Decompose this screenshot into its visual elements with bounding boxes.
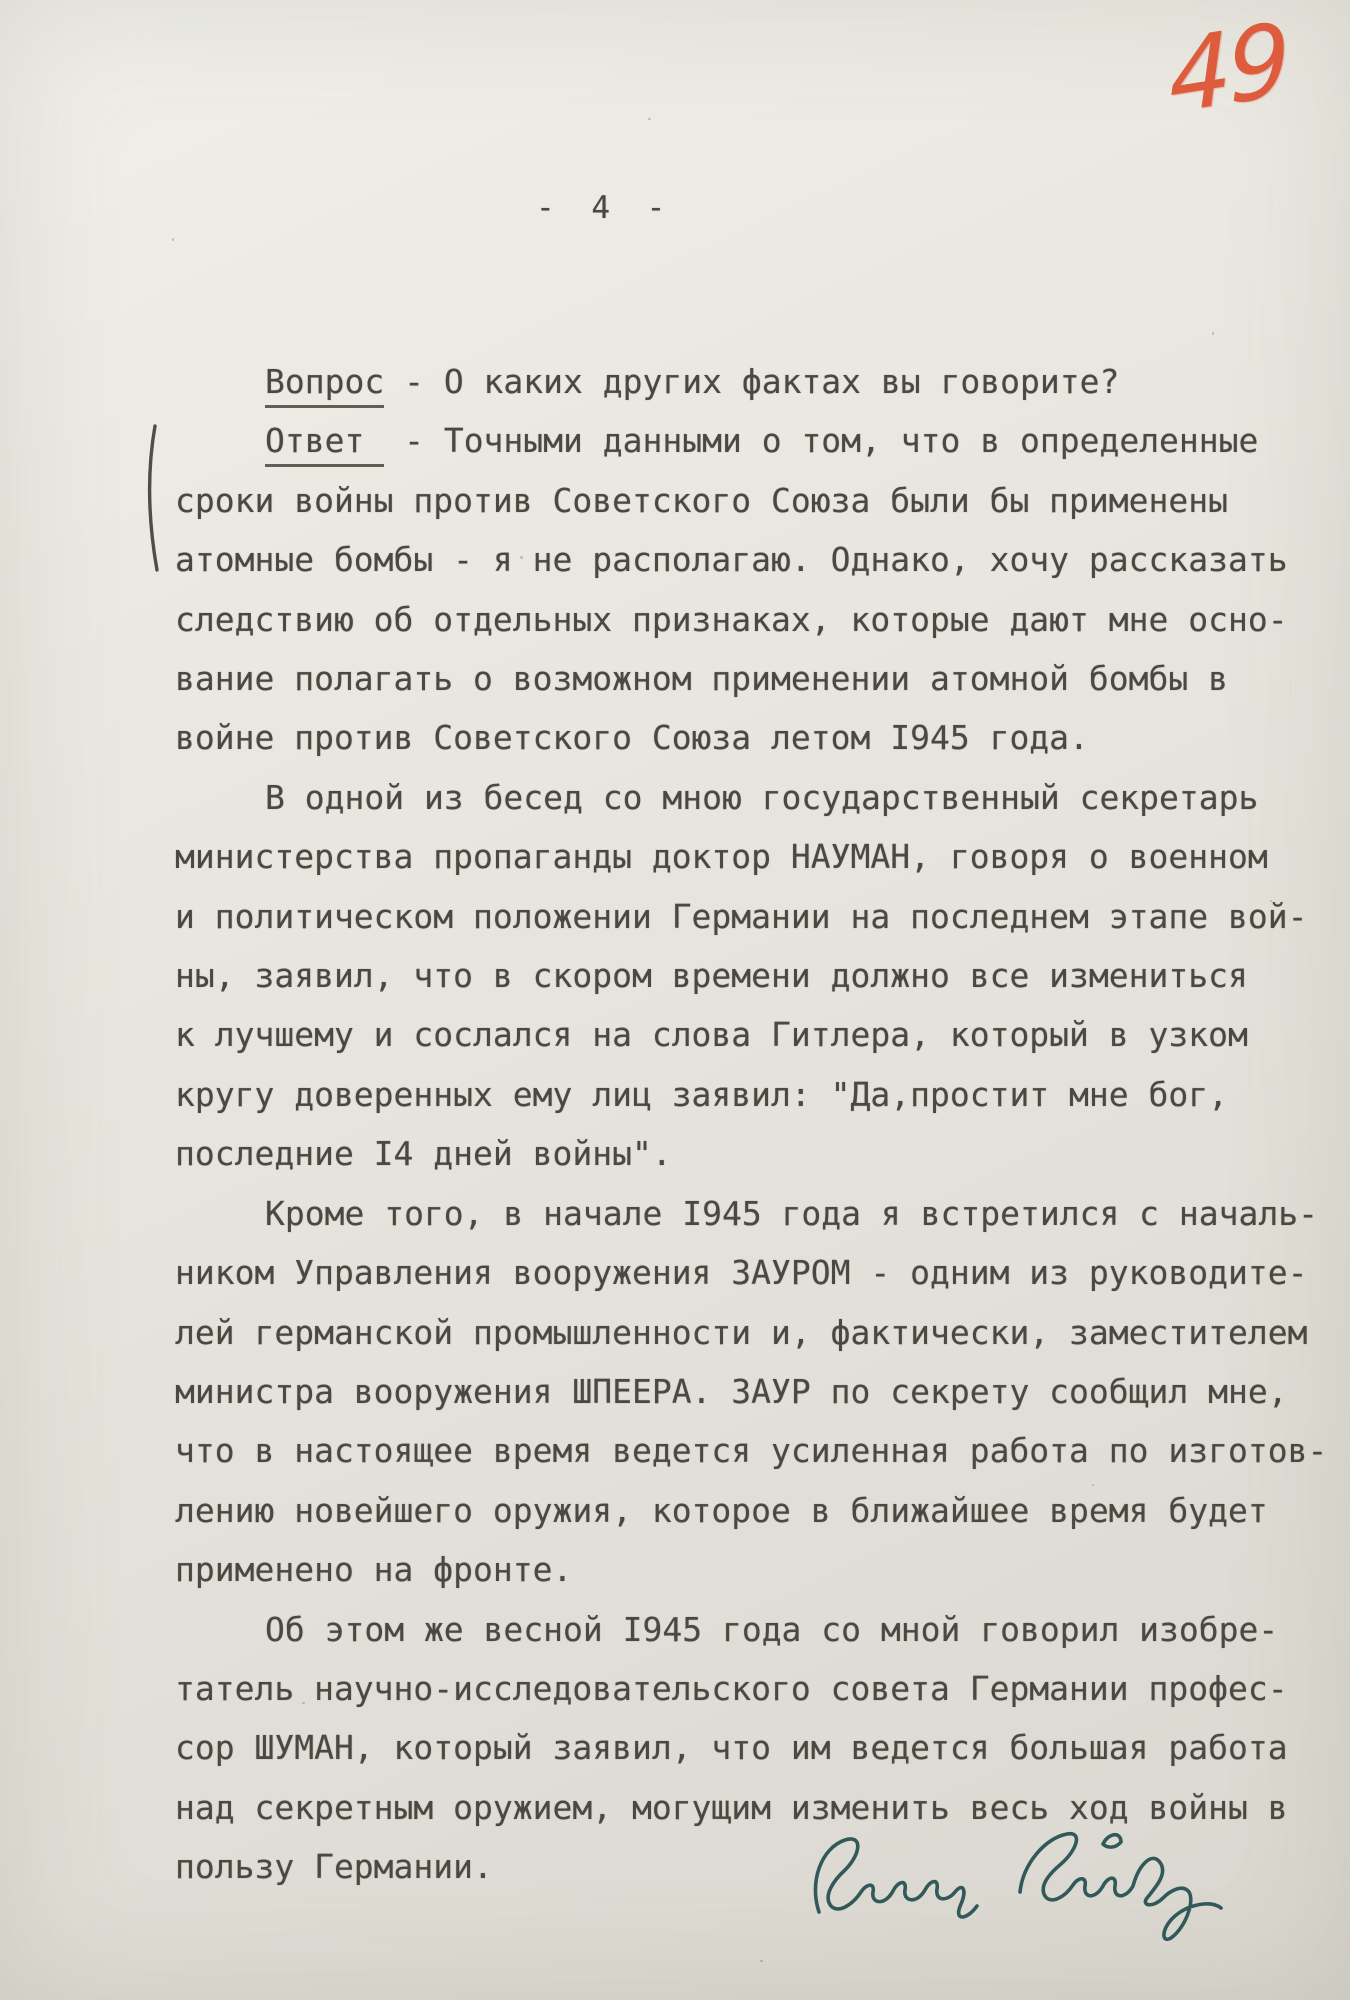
text-line: вание полагать о возможном применении ат… — [175, 649, 1350, 708]
underlined-word: Вопрос — [265, 362, 384, 408]
text-line: Кроме того, в начале I945 года я встрети… — [175, 1184, 1350, 1243]
paper-speck — [302, 1702, 305, 1704]
text-line: что в настоящее время ведется усиленная … — [175, 1421, 1350, 1480]
paper-speck — [172, 238, 174, 241]
text-line: войне против Советского Союза летом I945… — [175, 708, 1350, 767]
document-page: 49 - 4 - Вопрос - О каких других фактах … — [0, 0, 1350, 2000]
text-line: Вопрос - О каких других фактах вы говори… — [175, 352, 1350, 411]
paper-speck — [1092, 1484, 1094, 1486]
text-line: ником Управления вооружения ЗАУРОМ - одн… — [175, 1243, 1350, 1302]
paper-speck — [1212, 332, 1214, 335]
page-number: - 4 - — [536, 190, 674, 226]
text-line: лению новейшего оружия, которое в ближай… — [175, 1481, 1350, 1540]
text-line: атомные бомбы - я не располагаю. Однако,… — [175, 530, 1350, 589]
signature-ink — [805, 1820, 1245, 1970]
typewritten-text: Вопрос - О каких других фактах вы говори… — [175, 352, 1350, 1897]
text-line: ны, заявил, что в скором времени должно … — [175, 946, 1350, 1005]
margin-pen-mark — [140, 422, 168, 574]
paper-speck — [1270, 900, 1272, 902]
text-line: Об этом же весной I945 года со мной гово… — [175, 1600, 1350, 1659]
paper-speck — [760, 1960, 763, 1962]
text-line: последние I4 дней войны". — [175, 1124, 1350, 1183]
text-line: следствию об отдельных признаках, которы… — [175, 590, 1350, 649]
paper-speck — [648, 118, 651, 120]
text-line: сроки войны против Советского Союза были… — [175, 471, 1350, 530]
paper-speck — [520, 556, 523, 559]
text-line: министра вооружения ШПЕЕРА. ЗАУР по секр… — [175, 1362, 1350, 1421]
text-line: к лучшему и сослался на слова Гитлера, к… — [175, 1005, 1350, 1064]
text-line: Ответ - Точными данными о том, что в опр… — [175, 411, 1350, 470]
underlined-word: Ответ — [265, 421, 384, 467]
text-line: В одной из бесед со мною государственный… — [175, 768, 1350, 827]
text-line: министерства пропаганды доктор НАУМАН, г… — [175, 827, 1350, 886]
text-line: применено на фронте. — [175, 1540, 1350, 1599]
text-line: татель научно-исследовательского совета … — [175, 1659, 1350, 1718]
text-line: лей германской промышленности и, фактиче… — [175, 1303, 1350, 1362]
text-line: сор ШУМАН, который заявил, что им ведетс… — [175, 1718, 1350, 1777]
text-line: и политическом положении Германии на пос… — [175, 887, 1350, 946]
text-line: кругу доверенных ему лиц заявил: "Да,про… — [175, 1065, 1350, 1124]
handwritten-page-number: 49 — [1166, 0, 1290, 136]
